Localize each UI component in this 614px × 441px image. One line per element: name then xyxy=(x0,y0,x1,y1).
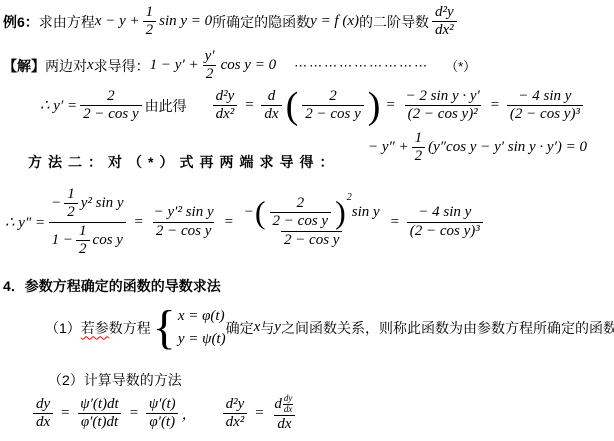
numerator: 1 xyxy=(412,130,426,147)
equals-sign: = xyxy=(60,405,70,422)
equation-left: x − y + xyxy=(95,13,140,30)
var-x: x xyxy=(254,319,261,336)
solution-label: 【解】 xyxy=(3,56,45,76)
denominator: φ′(t)dt xyxy=(78,413,121,431)
equals-sign: = xyxy=(390,214,400,231)
fraction-one-half: 1 2 xyxy=(412,130,426,166)
denominator: dx² xyxy=(432,21,457,39)
text-second-derivative: 的二阶导数 xyxy=(359,12,429,32)
denominator: (2 − cos y)² xyxy=(405,105,481,123)
left-paren: ( xyxy=(254,199,267,226)
text-yu: 与 xyxy=(260,318,274,338)
therefore-ypp: ∴ y″ = xyxy=(5,213,45,232)
method2-equation: − y″ + 1 2 (y″cos y − y′ sin y · y′) = 0 xyxy=(368,130,587,166)
right-paren: ) xyxy=(367,90,382,122)
numerator: dy xyxy=(33,396,53,413)
equals-sign: = xyxy=(224,214,234,231)
yprime-derivation-line: ∴ y′ = 2 2 − cos y 由此得 d²y dx² = d dx ( … xyxy=(40,88,586,124)
numerator: − 4 sin y xyxy=(415,204,474,221)
denominator: 2 xyxy=(64,203,78,221)
fraction-2-over: 2 2 − cos y xyxy=(270,195,332,231)
denominator: dx xyxy=(274,415,294,433)
numerator-rest: sin y xyxy=(352,204,380,221)
tiny-fraction-dy-dx: dy dx xyxy=(283,394,294,415)
derived-equation-right: cos y = 0 xyxy=(221,57,277,74)
exponent-2: 2 xyxy=(347,192,352,204)
example6-line: 例6： 求由方程 x − y + 1 2 sin y = 0 所确定的隐函数 y… xyxy=(3,4,460,40)
numerator: d²y xyxy=(223,396,248,413)
method2-text: 方法二：对（*）式再两端求导得： xyxy=(28,152,339,172)
method2-heading: 方法二：对（*）式再两端求导得： xyxy=(28,152,339,172)
equals-sign: = xyxy=(129,405,139,422)
minus-sign: − xyxy=(51,195,61,212)
example-label: 例6： xyxy=(3,12,39,32)
fraction-2-over: 2 2 − cos y xyxy=(302,88,364,124)
text-queding: 确定 xyxy=(226,318,254,338)
denominator: dx² xyxy=(223,413,248,431)
fraction-dy-dx: dy dx xyxy=(33,396,53,432)
left-paren: ( xyxy=(285,90,300,122)
text-suo-queding: 所确定的隐函数 xyxy=(212,12,310,32)
derivative-method-line: （2） 计算导数的方法 xyxy=(48,370,182,390)
implicit-function: y = f (x) xyxy=(310,13,359,30)
d-operator: d xyxy=(274,396,282,413)
equation-right: (y″cos y − y′ sin y · y′) = 0 xyxy=(428,139,587,156)
item1-label: （1） xyxy=(45,318,81,338)
system-brace: { xyxy=(153,306,176,349)
equals-sign: = xyxy=(244,97,254,114)
denominator: 2 xyxy=(76,240,90,258)
text-shufangcheng: 数方程 xyxy=(109,318,151,338)
item2-text: 计算导数的方法 xyxy=(84,370,182,390)
big-fraction-1: − 1 2 y² sin y 1 − 1 2 cos y xyxy=(48,186,126,258)
numerator: − y′² sin y xyxy=(151,204,217,221)
numerator: 1 xyxy=(64,186,78,203)
numerator: 1 xyxy=(143,4,157,21)
numerator: d²y xyxy=(432,4,457,21)
fraction-psi-phi: ψ′(t) φ′(t) xyxy=(146,396,179,432)
denominator: 2 − cos y xyxy=(80,105,142,123)
param-x-equation: x = φ(t) xyxy=(178,305,225,328)
denominator: dx xyxy=(283,404,294,415)
denominator: dx² xyxy=(213,105,238,123)
denominator-rest: cos y xyxy=(93,232,123,249)
parametric-system: x = φ(t) y = ψ(t) xyxy=(178,305,226,350)
dotted-leader: ⋯⋯⋯⋯⋯⋯⋯⋯⋯ xyxy=(294,58,429,74)
document-page: 例6： 求由方程 x − y + 1 2 sin y = 0 所确定的隐函数 y… xyxy=(0,0,614,441)
comma-separator: ， xyxy=(182,403,197,424)
denominator: 2 xyxy=(143,21,157,39)
section4-title: 4．参数方程确定的函数的导数求法 xyxy=(3,276,221,296)
numerator: y′ xyxy=(202,48,218,65)
denominator: 1 − 1 2 cos y xyxy=(49,222,126,259)
denominator: dx xyxy=(261,105,281,123)
equals-sign: = xyxy=(134,214,144,231)
solution-line: 【解】 两边对 x 求导得： 1 − y′ + y′ 2 cos y = 0 ⋯… xyxy=(3,48,476,84)
var-y: y xyxy=(274,319,281,336)
numerator: 2 xyxy=(294,195,308,212)
denominator: (2 − cos y)³ xyxy=(507,105,583,123)
fraction-d-dydx-over-dx: d dy dx dx xyxy=(271,394,297,433)
numerator: ψ′(t)dt xyxy=(77,396,121,413)
big-fraction-3: − ( 2 2 − cos y ) 2 sin y 2 − cos y xyxy=(241,195,383,249)
denominator: (2 − cos y)³ xyxy=(407,222,483,240)
equals-sign: = xyxy=(490,97,500,114)
numerator-rest: y² sin y xyxy=(81,195,124,212)
numerator: 2 xyxy=(326,88,340,105)
denominator: 2 xyxy=(412,147,426,165)
ypp-derivation-line: ∴ y″ = − 1 2 y² sin y 1 − 1 2 xyxy=(5,186,486,258)
fraction-one-half: 1 2 xyxy=(143,4,157,40)
fraction-d2y-dx2: d²y dx² xyxy=(223,396,248,432)
fraction-neg4sin: − 4 sin y (2 − cos y)³ xyxy=(507,88,583,124)
numerator: − 2 sin y · y′ xyxy=(403,88,483,105)
fraction-d2y-dx2: d²y dx² xyxy=(432,4,457,40)
right-paren: ) xyxy=(334,199,347,226)
numerator: − ( 2 2 − cos y ) 2 sin y xyxy=(241,195,383,231)
denominator-pre: 1 − xyxy=(52,232,73,249)
fraction-d2y-dx2: d²y dx² xyxy=(213,88,238,124)
text-qiu-you-fangcheng: 求由方程 xyxy=(39,12,95,32)
numerator: − 1 2 y² sin y xyxy=(48,186,126,222)
item2-label: （2） xyxy=(48,370,84,390)
numerator: d xyxy=(265,88,279,105)
fraction-psidt-phidt: ψ′(t)dt φ′(t)dt xyxy=(77,396,121,432)
fraction-d-dx: d dx xyxy=(261,88,281,124)
derived-equation-left: 1 − y′ + xyxy=(150,57,199,74)
text-youcide: 由此得 xyxy=(145,96,187,116)
numerator: 2 xyxy=(104,88,118,105)
section4-heading: 4．参数方程确定的函数的导数求法 xyxy=(3,276,221,296)
numerator: d dy dx xyxy=(271,394,297,415)
text-liangbian-dui: 两边对 xyxy=(45,56,87,76)
denominator: 2 − cos y xyxy=(153,222,215,240)
fraction-one-half: 1 2 xyxy=(76,223,90,259)
derivative-formulas-line: dy dx = ψ′(t)dt φ′(t)dt = ψ′(t) φ′(t) ， … xyxy=(30,394,300,433)
fraction-neg4sin: − 4 sin y (2 − cos y)³ xyxy=(407,204,483,240)
numerator: d²y xyxy=(213,88,238,105)
equation-left: − y″ + xyxy=(368,139,409,156)
denominator: dx xyxy=(33,413,53,431)
equation-right: sin y = 0 xyxy=(159,13,212,30)
param-definition-line: （1） 若参 数方程 { x = φ(t) y = ψ(t) 确定 x 与 y … xyxy=(45,305,614,350)
therefore-yprime: ∴ y′ = xyxy=(40,96,77,115)
text-definition-rest: 之间函数关系，则称此函数为由参数方程所确定的函数。 xyxy=(281,318,614,338)
denominator: 2 − cos y xyxy=(270,212,332,230)
param-y-equation: y = ψ(t) xyxy=(178,328,226,351)
text-ruocan-misspelled: 若参 xyxy=(81,318,109,338)
fraction-one-half: 1 2 xyxy=(64,186,78,222)
numerator: dy xyxy=(283,394,294,404)
denominator: 2 − cos y xyxy=(281,231,343,249)
numerator: ψ′(t) xyxy=(146,396,179,413)
denominator: 2 xyxy=(203,65,217,83)
fraction-neg2sin: − 2 sin y · y′ (2 − cos y)² xyxy=(403,88,483,124)
text-qiudao-de: 求导得： xyxy=(94,56,150,76)
minus-sign: − xyxy=(244,204,254,221)
fraction-yprime-2: y′ 2 xyxy=(202,48,218,84)
star-reference: （*） xyxy=(445,56,476,75)
numerator: − 4 sin y xyxy=(515,88,574,105)
equals-sign: = xyxy=(385,97,395,114)
denominator: 2 − cos y xyxy=(302,105,364,123)
denominator: φ′(t) xyxy=(146,413,178,431)
equals-sign: = xyxy=(254,405,264,422)
fraction-yprime2sin: − y′² sin y 2 − cos y xyxy=(151,204,217,240)
fraction-2-over: 2 2 − cos y xyxy=(80,88,142,124)
var-x: x xyxy=(87,57,94,74)
numerator: 1 xyxy=(76,223,90,240)
